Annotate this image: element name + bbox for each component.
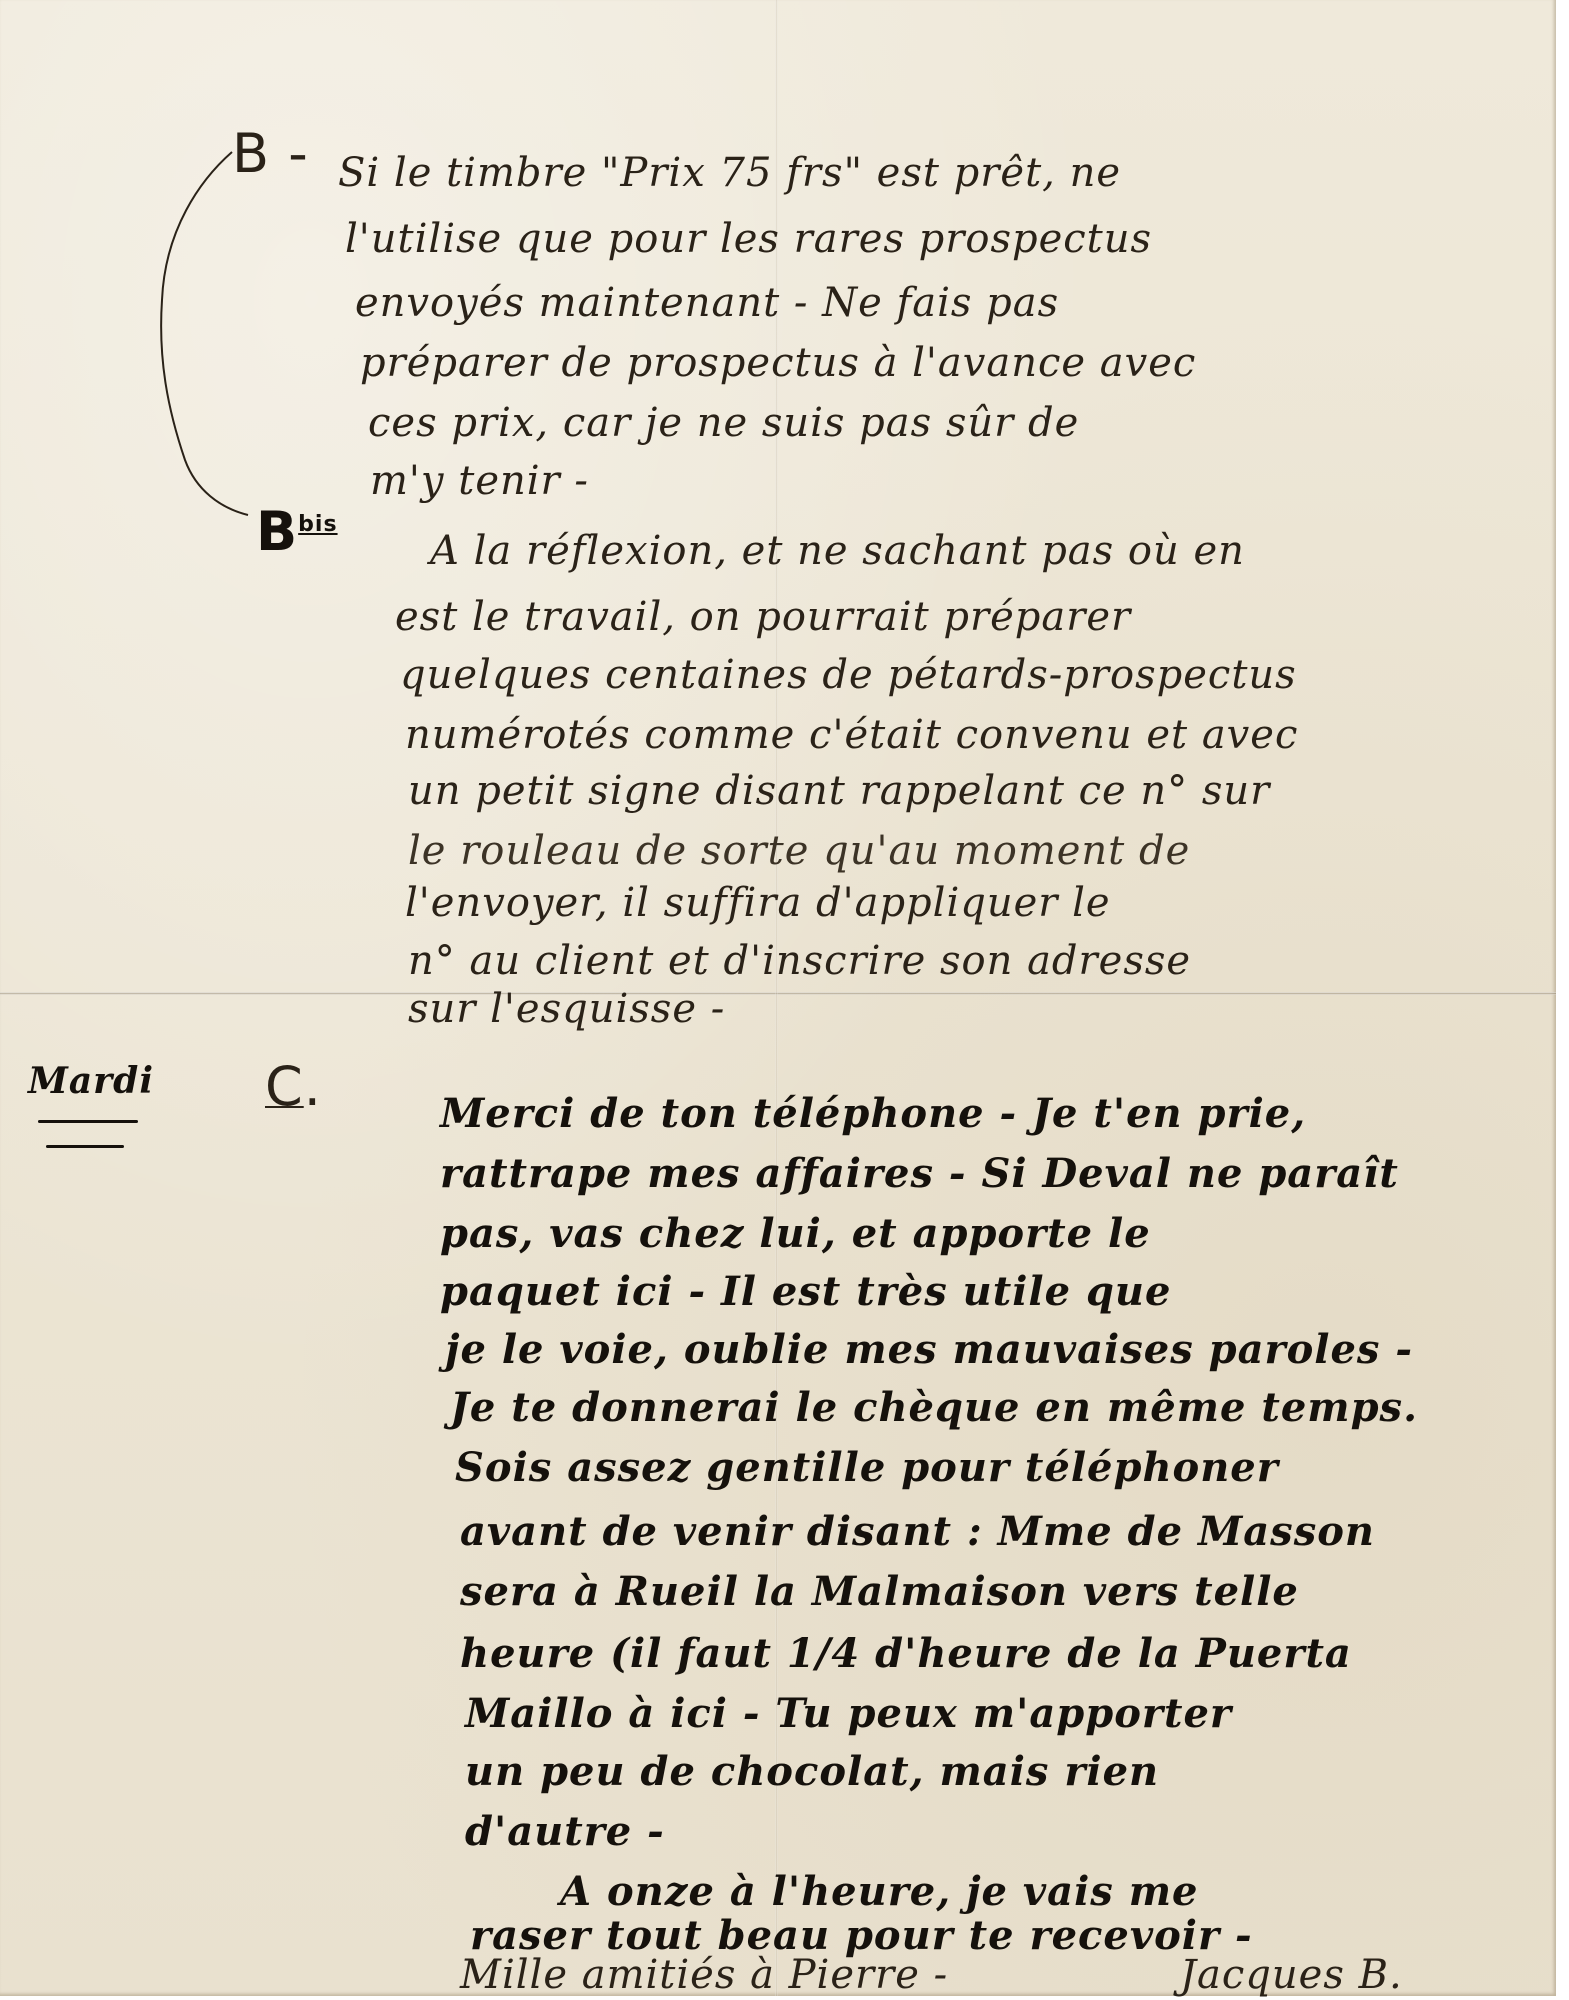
section-b-line-3: envoyés maintenant - Ne fais pas — [355, 280, 1059, 326]
section-b-bis-line-9: sur l'esquisse - — [408, 986, 725, 1032]
section-b-line-2: l'utilise que pour les rares prospectus — [345, 216, 1152, 262]
section-b-line-5: ces prix, car je ne suis pas sûr de — [368, 400, 1079, 446]
section-b-bis-line-7: l'envoyer, il suffira d'appliquer le — [405, 880, 1111, 926]
section-b-bis-line-3: quelques centaines de pétards-prospectus — [400, 652, 1297, 698]
section-c-line-12: un peu de chocolat, mais rien — [465, 1748, 1159, 1795]
section-c-line-3: pas, vas chez lui, et apporte le — [440, 1210, 1151, 1257]
section-b-bis-line-1: A la réflexion, et ne sachant pas où en — [430, 528, 1245, 574]
section-c-line-8: avant de venir disant : Mme de Masson — [460, 1508, 1375, 1555]
connector-bracket-icon — [0, 0, 400, 600]
section-b-line-1: Si le timbre "Prix 75 frs" est prêt, ne — [338, 150, 1121, 196]
section-c-line-2: rattrape mes affaires - Si Deval ne para… — [440, 1150, 1399, 1197]
section-c-line-6: Je te donnerai le chèque en même temps. — [450, 1384, 1418, 1431]
section-b-bis-line-5: un petit signe disant rappelant ce n° su… — [408, 768, 1270, 814]
section-c-line-11: Maillo à ici - Tu peux m'apporter — [465, 1690, 1232, 1737]
margin-label-underline-1 — [38, 1120, 138, 1123]
horizontal-fold-crease — [0, 992, 1556, 995]
margin-label-mardi: Mardi — [28, 1060, 154, 1102]
section-b-bis-line-6: le rouleau de sorte qu'au moment de — [408, 828, 1190, 874]
section-c-line-1: Merci de ton téléphone - Je t'en prie, — [440, 1090, 1306, 1137]
section-c-line-7: Sois assez gentille pour téléphoner — [455, 1444, 1279, 1491]
section-c-line-14: A onze à l'heure, je vais me — [560, 1868, 1199, 1915]
section-b-line-4: préparer de prospectus à l'avance avec — [360, 340, 1196, 386]
section-c-line-16: Mille amitiés à Pierre - — [460, 1952, 948, 1998]
section-b-bis-line-4: numérotés comme c'était convenu et avec — [405, 712, 1298, 758]
section-b-bis-marker: Bbis — [256, 500, 338, 563]
section-c-line-5: je le voie, oublie mes mauvaises paroles… — [445, 1326, 1413, 1373]
margin-label-underline-2 — [46, 1145, 124, 1148]
section-b-bis-line-8: n° au client et d'inscrire son adresse — [408, 938, 1191, 984]
section-c-line-9: sera à Rueil la Malmaison vers telle — [460, 1568, 1299, 1615]
section-b-marker: B - — [232, 122, 309, 185]
section-c-line-4: paquet ici - Il est très utile que — [440, 1268, 1171, 1315]
section-c-line-10: heure (il faut 1/4 d'heure de la Puerta — [460, 1630, 1352, 1677]
section-c-marker: C. — [265, 1055, 322, 1118]
section-b-bis-line-2: est le travail, on pourrait préparer — [395, 594, 1131, 640]
letter-page: B - Si le timbre "Prix 75 frs" est prêt,… — [0, 0, 1556, 1996]
section-c-line-13: d'autre - — [465, 1808, 665, 1855]
section-b-line-6: m'y tenir - — [370, 458, 589, 504]
signature: Jacques B. — [1180, 1952, 1403, 1998]
